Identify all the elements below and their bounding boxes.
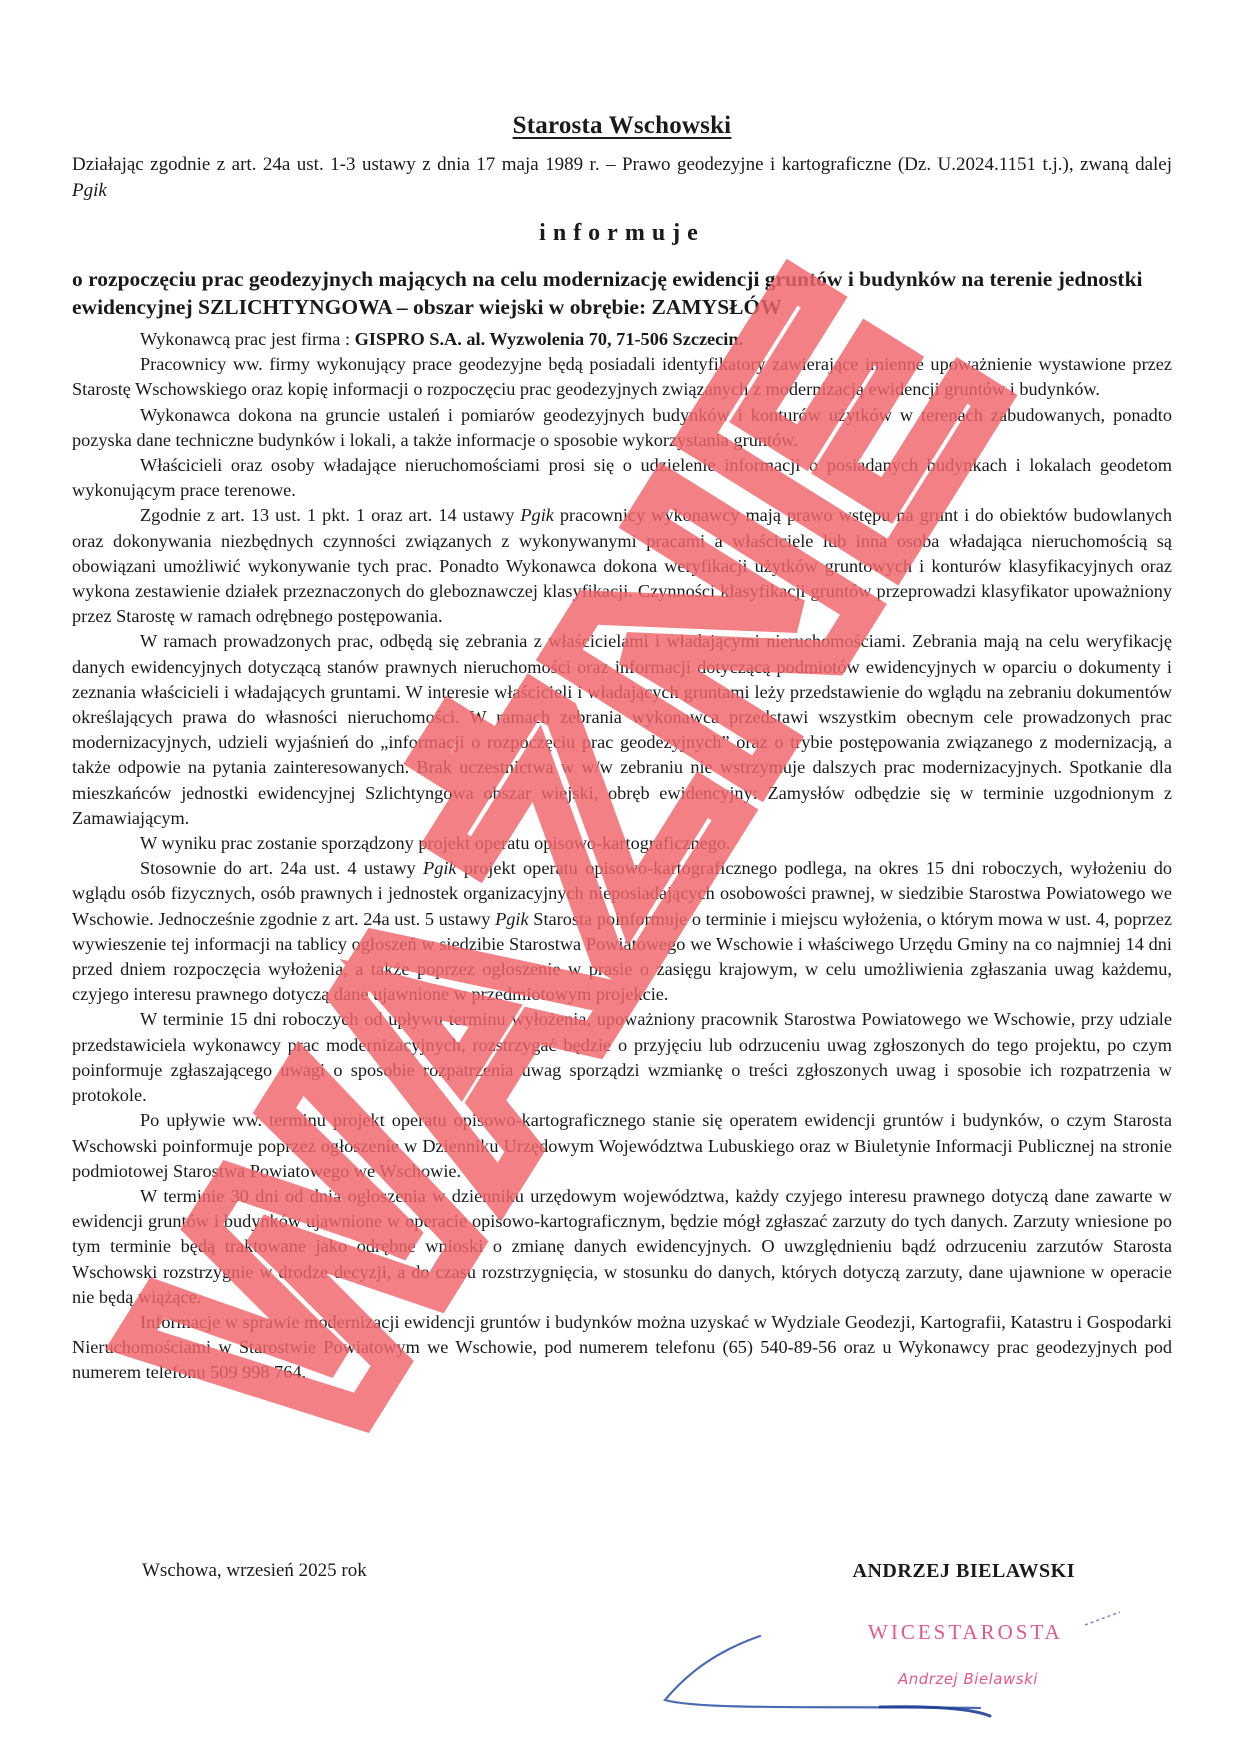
- display-abbreviation-1: Pgik: [423, 858, 457, 878]
- access-abbreviation: Pgik: [520, 505, 554, 525]
- contractor-value: GISPRO S.A. al. Wyzwolenia 70, 71-506 Sz…: [355, 329, 743, 349]
- legal-basis-intro: Działając zgodnie z art. 24a ust. 1-3 us…: [72, 152, 1172, 204]
- access-text-1: Zgodnie z art. 13 ust. 1 pkt. 1 oraz art…: [140, 505, 520, 525]
- document-body: Starosta Wschowski Działając zgodnie z a…: [72, 112, 1172, 1386]
- display-text-1: Stosownie do art. 24a ust. 4 ustawy: [140, 858, 423, 878]
- informs-heading: informuje: [72, 220, 1172, 247]
- notice-subject: o rozpoczęciu prac geodezyjnych mających…: [72, 265, 1172, 321]
- paragraph-identification: Pracownicy ww. firmy wykonujący prace ge…: [72, 352, 1172, 402]
- paragraph-objections: W terminie 30 dni od dnia ogłoszenia w d…: [72, 1184, 1172, 1310]
- paragraph-access-rights: Zgodnie z art. 13 ust. 1 pkt. 1 oraz art…: [72, 503, 1172, 629]
- place-and-date: Wschowa, wrzesień 2025 rok: [142, 1560, 367, 1582]
- paragraph-result: W wyniku prac zostanie sporządzony proje…: [72, 831, 1172, 856]
- paragraph-meetings: W ramach prowadzonych prac, odbędą się z…: [72, 629, 1172, 831]
- official-stamp-title: WICESTAROSTA: [868, 1620, 1063, 1645]
- intro-text: Działając zgodnie z art. 24a ust. 1-3 us…: [72, 154, 1172, 175]
- official-stamp-name: Andrzej Bielawski: [898, 1670, 1038, 1688]
- document-title: Starosta Wschowski: [72, 112, 1172, 140]
- paragraph-remarks: W terminie 15 dni roboczych od upływu te…: [72, 1007, 1172, 1108]
- contractor-paragraph: Wykonawcą prac jest firma : GISPRO S.A. …: [72, 327, 1172, 352]
- paragraph-contact: Informacje w sprawie modernizacji ewiden…: [72, 1310, 1172, 1386]
- signer-name: ANDRZEJ BIELAWSKI: [853, 1560, 1075, 1583]
- document-page: Starosta Wschowski Działając zgodnie z a…: [0, 0, 1240, 1754]
- paragraph-display: Stosownie do art. 24a ust. 4 ustawy Pgik…: [72, 856, 1172, 1007]
- paragraph-owners-request: Właścicieli oraz osoby władające nieruch…: [72, 453, 1172, 503]
- paragraph-measurements: Wykonawca dokona na gruncie ustaleń i po…: [72, 403, 1172, 453]
- paragraph-after-term: Po upływie ww. terminu projekt operatu o…: [72, 1108, 1172, 1184]
- contractor-label: Wykonawcą prac jest firma :: [140, 329, 355, 349]
- display-abbreviation-2: Pgik: [495, 909, 529, 929]
- intro-abbreviation: Pgik: [72, 180, 107, 201]
